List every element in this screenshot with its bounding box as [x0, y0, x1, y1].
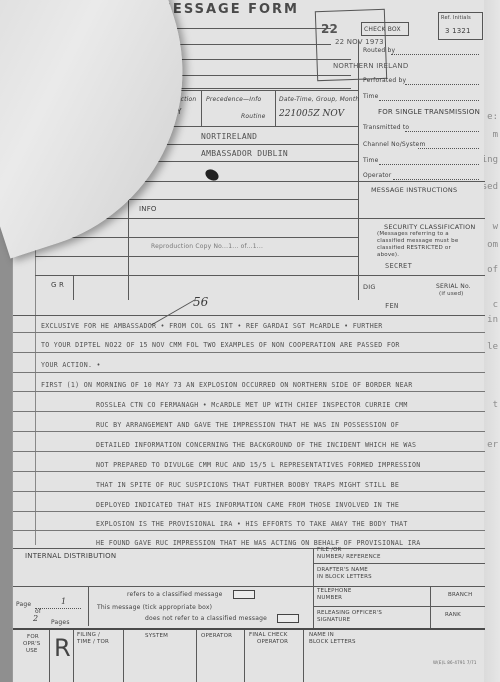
- opr-use-label-2: OPR'S: [23, 641, 40, 647]
- refers-label: refers to a classified message: [127, 591, 223, 598]
- drafter-label-2: IN BLOCK LETTERS: [317, 574, 372, 580]
- name-block-label-2: BLOCK LETTERS: [309, 639, 356, 645]
- message-line: ROSSLEA CTN CO FERMANAGH • McARDLE MET U…: [96, 401, 408, 409]
- time-label-2: Time: [363, 157, 378, 164]
- releasing-officer-label-1: RELEASING OFFICER'S: [317, 610, 382, 616]
- handwritten-number: 56: [193, 295, 208, 309]
- serial-note: (if used): [439, 291, 464, 297]
- dtg-value[interactable]: 221005Z NOV: [279, 109, 344, 119]
- page-label: Page: [16, 601, 31, 608]
- telephone-label-2: NUMBER: [317, 595, 342, 601]
- final-check-label-1: FINAL CHECK: [249, 632, 288, 638]
- message-line: DEPLOYED INDICATED THAT HIS INFORMATION …: [96, 501, 399, 509]
- file-ref-label-1: FILE /OR: [317, 547, 342, 553]
- time-label: Time: [363, 93, 378, 100]
- channel-label: Channel No/System: [363, 141, 426, 148]
- not-refers-label: does not refer to a classified message: [145, 615, 267, 622]
- pages-label: Pages: [51, 619, 70, 626]
- opr-use-label-1: FOR: [27, 634, 39, 640]
- serial-label: SERIAL No.: [436, 283, 471, 290]
- to-value[interactable]: AMBASSADOR DUBLIN: [201, 149, 288, 158]
- message-line: DETAILED INFORMATION CONCERNING THE BACK…: [96, 441, 416, 449]
- message-line: YOUR ACTION. •: [41, 361, 101, 369]
- operator-label: Operator: [363, 172, 391, 179]
- security-note-2: classified message must be: [377, 238, 458, 244]
- message-instructions-heading: MESSAGE INSTRUCTIONS: [371, 186, 457, 194]
- ref-initials-value: 3 1321: [445, 27, 471, 35]
- precedence-info-label: Precedence—Info: [206, 96, 261, 103]
- from-value[interactable]: NORTIRELAND: [201, 132, 257, 141]
- message-line: EXCLUSIVE FOR HE AMBASSADOR • FROM COL G…: [41, 322, 383, 330]
- dtg-label: Date-Time, Group, Month: [279, 96, 359, 103]
- releasing-officer-label-2: SIGNATURE: [317, 617, 350, 623]
- margin-text: m: [493, 130, 498, 140]
- pages-value[interactable]: 2: [33, 614, 38, 623]
- filing-label-2: TIME / TOR: [77, 639, 109, 645]
- r-mark: R: [54, 634, 71, 662]
- message-line: RUC BY ARRANGEMENT AND GAVE THE IMPRESSI…: [96, 421, 399, 429]
- margin-text: t: [493, 400, 498, 410]
- margin-text: om: [487, 240, 498, 250]
- perforated-by-label: Perforated by: [363, 77, 406, 84]
- margin-text: c: [493, 300, 498, 310]
- margin-text: w: [493, 222, 498, 232]
- message-line: NOT PREPARED TO DIVULGE CMM RUC AND 15/5…: [96, 461, 421, 469]
- security-note-1: (Messages referring to a: [377, 231, 449, 237]
- drafter-label-1: DRAFTER'S NAME: [317, 567, 368, 573]
- branch-label: BRANCH: [448, 592, 472, 598]
- transmitted-to-label: Transmitted to: [363, 124, 409, 131]
- message-line: TO YOUR DIPTEL NO22 OF 15 NOV CMM FOL TW…: [41, 341, 400, 349]
- dig-value[interactable]: FEN: [385, 302, 399, 310]
- stamp-date: 22 NOV 1973: [335, 38, 384, 46]
- check-box-label: CHECK BOX: [364, 26, 401, 33]
- margin-text: sed: [482, 182, 498, 192]
- not-refers-checkbox[interactable]: [277, 614, 299, 623]
- security-heading: SECURITY CLASSIFICATION: [384, 223, 476, 231]
- margin-text: in: [487, 315, 498, 325]
- stamp-place: NORTHERN IRELAND: [333, 62, 408, 70]
- reproduction-copy: Reproduction Copy No...1... of...1...: [151, 243, 263, 250]
- margin-text: er: [487, 440, 498, 450]
- tick-instruction-label: This message (tick appropriate box): [97, 604, 212, 611]
- system-label: SYSTEM: [145, 633, 168, 639]
- gr-label: G R: [51, 281, 64, 289]
- margin-text: ing: [482, 155, 498, 165]
- security-value[interactable]: SECRET: [385, 262, 412, 270]
- message-line: HE FOUND GAVE RUC IMPRESSION THAT HE WAS…: [96, 539, 421, 547]
- message-line: THAT IN SPITE OF RUC SUSPICIONS THAT FUR…: [96, 481, 399, 489]
- page-value[interactable]: 1: [61, 597, 66, 606]
- security-note-3: classified RESTRICTED or: [377, 245, 451, 251]
- stamp-number: 22: [321, 22, 338, 36]
- single-transmission-heading: FOR SINGLE TRANSMISSION: [378, 108, 480, 116]
- form-title: MESSAGE FORM: [158, 2, 299, 17]
- rank-label: RANK: [445, 612, 461, 618]
- margin-text: of: [487, 265, 498, 275]
- message-line: FIRST (1) ON MORNING OF 10 MAY 73 AN EXP…: [41, 381, 412, 389]
- telephone-label-1: TELEPHONE: [317, 588, 352, 594]
- margin-text: e:: [487, 112, 498, 122]
- operator-footer-label: OPERATOR: [201, 633, 232, 639]
- refers-checkbox[interactable]: [233, 590, 255, 599]
- info-label: INFO: [139, 205, 157, 213]
- ref-initials-label: Ref. Initials: [441, 15, 471, 21]
- internal-distribution-label: INTERNAL DISTRIBUTION: [25, 552, 116, 560]
- printer-code: W(E)L 86-4791 7/71: [433, 660, 477, 665]
- name-block-label-1: NAME IN: [309, 632, 334, 638]
- precedence-info-value[interactable]: Routine: [241, 113, 266, 120]
- margin-text: le: [487, 342, 498, 352]
- final-check-label-2: OPERATOR: [257, 639, 288, 645]
- security-note-4: above).: [377, 252, 399, 258]
- filing-label-1: FILING /: [77, 632, 100, 638]
- file-ref-label-2: NUMBER/ REFERENCE: [317, 554, 381, 560]
- opr-use-label-3: USE: [26, 648, 38, 654]
- dig-label: DIG: [363, 283, 376, 291]
- routed-by-label: Routed by: [363, 47, 395, 54]
- message-line: EXPLOSION IS THE PROVISIONAL IRA • HIS E…: [96, 520, 408, 528]
